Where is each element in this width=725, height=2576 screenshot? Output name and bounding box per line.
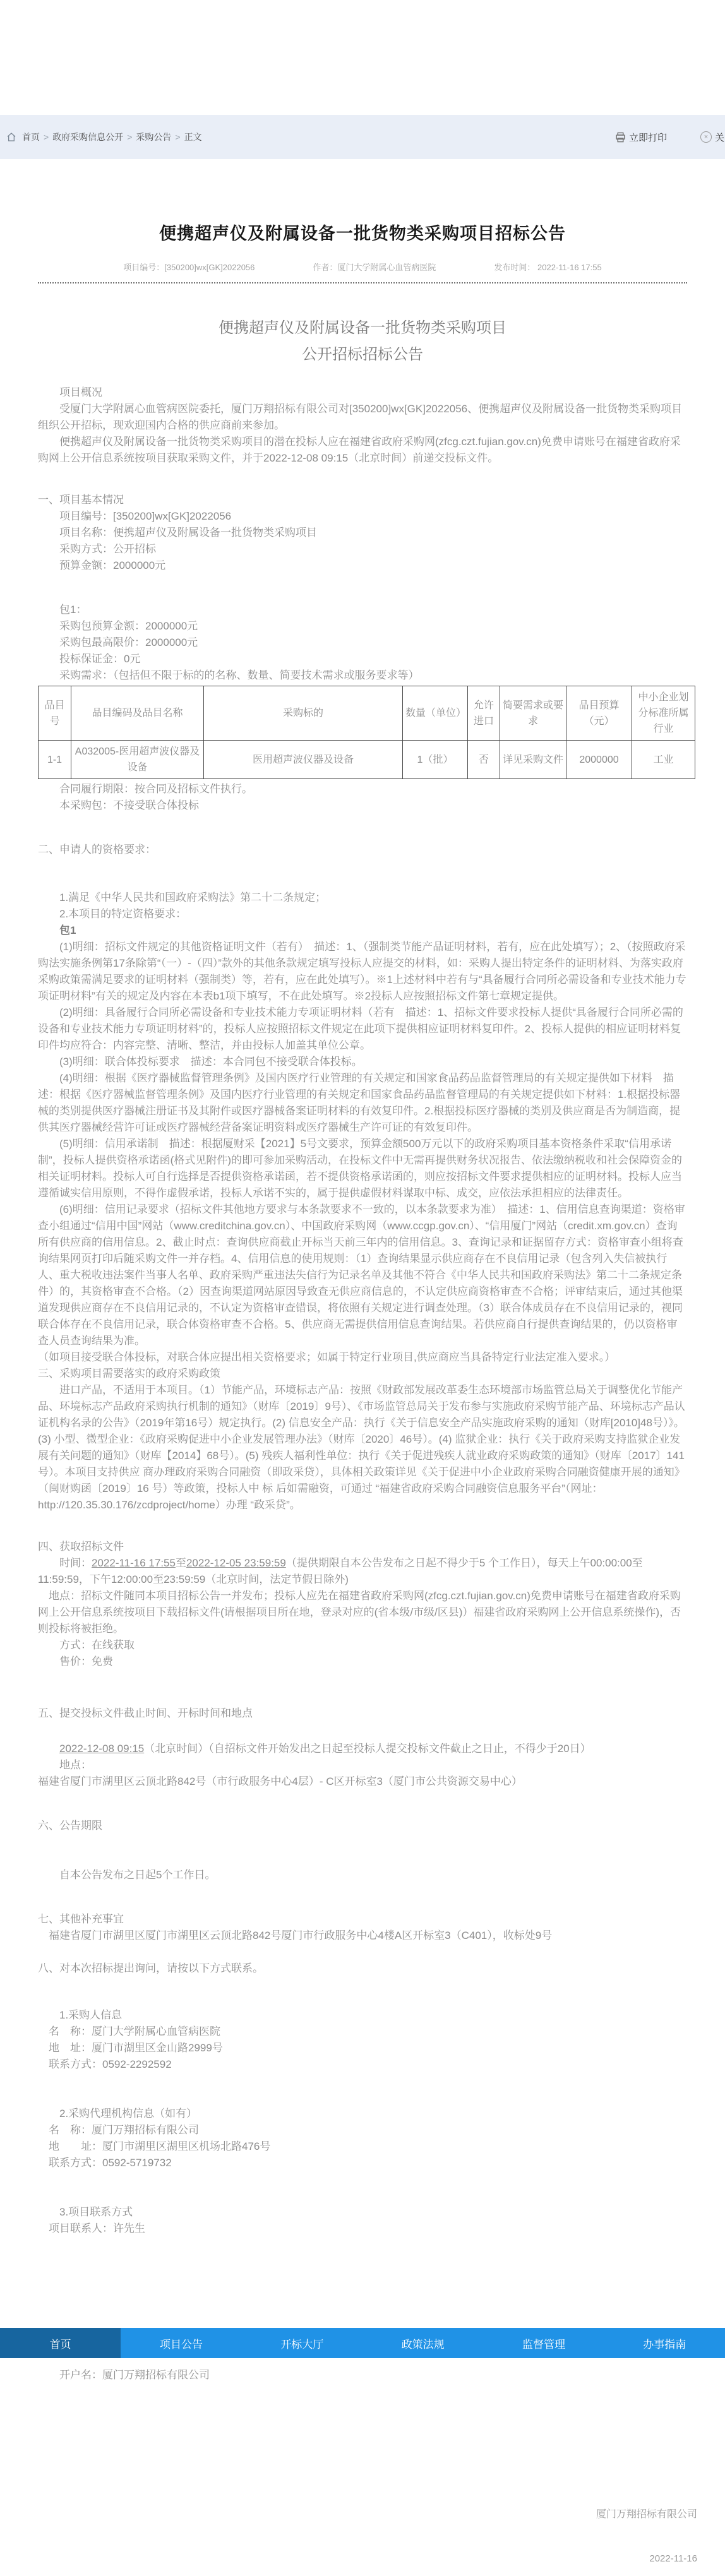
text-segment: 八、对本次招标提出询问，请按以下方式联系。	[38, 1962, 263, 1974]
doc-paragraph: 本采购包：不接受联合体投标	[38, 797, 687, 814]
doc-paragraph: 包1	[38, 922, 687, 939]
table-cell: 工业	[632, 741, 695, 779]
text-segment: 二、申请人的资格要求：	[38, 844, 156, 856]
doc-paragraph: 合同履行期限：按合同及招标文件执行。	[38, 781, 687, 797]
doc-paragraph: 投标保证金：0元	[38, 651, 687, 667]
spacer	[38, 368, 687, 385]
doc-paragraph: 项目联系人：许先生	[38, 2221, 687, 2237]
text-segment: 采购方式：公开招标	[59, 543, 156, 555]
table-header-cell: 允许进口	[468, 686, 500, 741]
spacer	[38, 1722, 687, 1741]
printer-icon	[615, 132, 626, 143]
doc-paragraph: 进口产品，不适用于本项目。（1）节能产品，环境标志产品：按照《财政部发展改革委生…	[38, 1382, 687, 1513]
text-segment: 进口产品，不适用于本项目。（1）节能产品，环境标志产品：按照《财政部发展改革委生…	[38, 1384, 685, 1511]
text-segment: (3)明细：联合体投标要求 描述：本合同包不接受联合体投标。	[59, 1056, 362, 1068]
text-segment: 联系方式：0592-2292592	[49, 2058, 172, 2070]
doc-paragraph: 公开招标招标公告	[38, 342, 687, 368]
footer-nav-item[interactable]: 政策法规	[362, 2328, 483, 2358]
spacer	[38, 1883, 687, 1911]
text-segment: 一、项目基本情况	[38, 494, 124, 506]
table-header-cell: 中小企业划分标准所属行业	[632, 686, 695, 741]
text-segment: 预算金额：2000000元	[59, 559, 165, 571]
breadcrumb-item[interactable]: 首页	[22, 131, 40, 143]
doc-paragraph: 地点：	[38, 1757, 687, 1774]
account-name-line: 开户名：厦门万翔招标有限公司	[38, 2367, 687, 2383]
underlined-date: 2022-12-05 23:59:59	[186, 1557, 286, 1569]
doc-heading: 四、获取招标文件	[38, 1539, 687, 1555]
doc-paragraph: 2.采购代理机构信息（如有）	[38, 2106, 687, 2122]
doc-paragraph: 3.项目联系方式	[38, 2204, 687, 2221]
text-segment: 名 称：厦门大学附属心血管病医院	[49, 2025, 220, 2037]
doc-paragraph: 项目编号：[350200]wx[GK]2022056	[38, 508, 687, 525]
text-segment: 地 址：厦门市湖里区金山路2999号	[49, 2042, 223, 2054]
doc-paragraph: 采购方式：公开招标	[38, 541, 687, 558]
spacer	[38, 574, 687, 602]
doc-paragraph: (3)明细：联合体投标要求 描述：本合同包不接受联合体投标。	[38, 1054, 687, 1070]
text-segment: 项目名称：便携超声仪及附属设备一批货物类采购项目	[59, 527, 317, 539]
doc-paragraph: （如项目接受联合体投标，对联合体应提出相关资格要求；如属于特定行业项目,供应商应…	[38, 1349, 687, 1366]
text-segment: 项目编号：[350200]wx[GK]2022056	[59, 510, 231, 522]
text-segment: 名 称：厦门万翔招标有限公司	[49, 2124, 199, 2136]
doc-paragraph: 福建省厦门市湖里区厦门市湖里区云顶北路842号厦门市行政服务中心4楼A区开标室3…	[38, 1928, 687, 1944]
table-cell: 详见采购文件	[500, 741, 566, 779]
text-segment: 项目概况	[59, 386, 102, 398]
doc-paragraph: 包1：	[38, 602, 687, 618]
text-segment: 便携超声仪及附属设备一批货物类采购项目	[219, 319, 506, 337]
footer-nav-item[interactable]: 监督管理	[483, 2328, 604, 2358]
doc-paragraph: 福建省厦门市湖里区云顶北路842号（市行政服务中心4层）- C区开标室3（厦门市…	[38, 1774, 687, 1790]
underlined-date: 2022-11-16 17:55	[92, 1557, 176, 1569]
text-segment: 1.采购人信息	[59, 2009, 122, 2021]
close-label: 关闭	[715, 131, 725, 144]
breadcrumb-separator: >	[127, 132, 132, 142]
table-cell: 医用超声波仪器及设备	[204, 741, 403, 779]
footer-nav-item[interactable]: 首页	[0, 2328, 121, 2358]
text-segment: 合同履行期限：按合同及招标文件执行。	[59, 783, 253, 795]
spacer	[38, 2073, 687, 2106]
spacer	[38, 1834, 687, 1867]
doc-paragraph: 1.采购人信息	[38, 2007, 687, 2024]
spacer	[38, 858, 687, 890]
doc-paragraph: 名 称：厦门万翔招标有限公司	[38, 2122, 687, 2138]
spacer	[38, 1790, 687, 1818]
text-segment: 七、其他补充事宜	[38, 1913, 124, 1925]
doc-paragraph: 1.满足《中华人民共和国政府采购法》第二十二条规定；	[38, 890, 687, 906]
text-segment: (6)明细：信用记录要求（招标文件其他地方要求与本条款要求不一致的，以本条款要求…	[38, 1203, 685, 1347]
meta-author: 作者：厦门大学附属心血管病医院	[313, 261, 436, 273]
print-label: 立即打印	[629, 131, 667, 144]
doc-paragraph: 项目名称：便携超声仪及附属设备一批货物类采购项目	[38, 525, 687, 541]
spacer	[38, 283, 687, 315]
text-segment: 采购包最高限价：2000000元	[59, 636, 198, 648]
doc-paragraph: 方式：在线获取	[38, 1637, 687, 1654]
doc-paragraph: 自本公告发布之日起5个工作日。	[38, 1867, 687, 1883]
text-segment: 地 址：厦门市湖里区湖里区机场北路476号	[49, 2140, 270, 2152]
doc-heading: 一、项目基本情况	[38, 492, 687, 508]
spacer	[38, 1513, 687, 1539]
text-segment: (2)明细：具备履行合同所必需设备和专业技术能力专项证明材料（若有 描述：1、招…	[38, 1006, 683, 1051]
signature-date: 2022-11-16	[0, 2553, 697, 2565]
text-segment: 五、提交投标文件截止时间、开标时间和地点	[38, 1707, 253, 1719]
doc-heading: 二、申请人的资格要求：	[38, 842, 687, 858]
spacer	[38, 1670, 687, 1705]
table-cell: 否	[468, 741, 500, 779]
doc-heading: 六、公告期限	[38, 1818, 687, 1834]
doc-paragraph: 地 址：厦门市湖里区湖里区机场北路476号	[38, 2138, 687, 2155]
text-segment: （如项目接受联合体投标，对联合体应提出相关资格要求；如属于特定行业项目,供应商应…	[38, 1351, 615, 1363]
text-segment: 地点：	[59, 1759, 92, 1771]
text-segment: 福建省厦门市湖里区云顶北路842号（市行政服务中心4层）- C区开标室3（厦门市…	[38, 1775, 522, 1787]
doc-paragraph: 便携超声仪及附属设备一批货物类采购项目	[38, 315, 687, 342]
close-icon: ×	[700, 131, 712, 143]
meta-publish-time: 发布时间： 2022-11-16 17:55	[494, 261, 601, 273]
text-segment: 受厦门大学附属心血管病医院委托，厦门万翔招标有限公司对[350200]wx[GK…	[38, 403, 682, 431]
text-segment: 投标保证金：0元	[59, 653, 140, 665]
table-cell: 1-1	[39, 741, 71, 779]
breadcrumb-separator: >	[44, 132, 49, 142]
breadcrumb-item: 正文	[184, 131, 202, 143]
text-segment: (5)明细：信用承诺制 描述：根据厦财采【2021】5号文要求，预算金额500万…	[38, 1138, 682, 1199]
breadcrumb-item[interactable]: 政府采购信息公开	[52, 131, 123, 143]
doc-paragraph: 联系方式：0592-5719732	[38, 2155, 687, 2171]
footer-nav-item[interactable]: 项目公告	[121, 2328, 241, 2358]
spacer	[38, 1944, 687, 1960]
doc-paragraph: 预算金额：2000000元	[38, 558, 687, 574]
doc-paragraph: 地点：招标文件随同本项目招标公告一并发布；投标人应先在福建省政府采购网(zfcg…	[38, 1588, 687, 1637]
doc-paragraph: (6)明细：信用记录要求（招标文件其他地方要求与本条款要求不一致的，以本条款要求…	[38, 1202, 687, 1349]
doc-paragraph: (5)明细：信用承诺制 描述：根据厦财采【2021】5号文要求，预算金额500万…	[38, 1136, 687, 1202]
article-meta: 项目编号：[350200]wx[GK]2022056 作者：厦门大学附属心血管病…	[0, 261, 725, 273]
text-segment: 3.项目联系方式	[59, 2206, 133, 2218]
doc-paragraph: 项目概况	[38, 385, 687, 401]
doc-paragraph: 售价：免费	[38, 1654, 687, 1670]
doc-paragraph: 地 址：厦门市湖里区金山路2999号	[38, 2040, 687, 2056]
doc-paragraph: 时间：2022-11-16 17:55至2022-12-05 23:59:59（…	[38, 1555, 687, 1588]
close-button[interactable]: × 关闭	[700, 131, 725, 144]
table-cell: A032005-医用超声波仪器及设备	[71, 741, 204, 779]
page-title: 便携超声仪及附属设备一批货物类采购项目招标公告	[0, 220, 725, 244]
table-header-cell: 简要需求或要求	[500, 686, 566, 741]
text-segment: 方式：在线获取	[59, 1639, 135, 1651]
spacer	[38, 814, 687, 842]
spacer	[38, 467, 687, 492]
doc-body: 便携超声仪及附属设备一批货物类采购项目公开招标招标公告项目概况受厦门大学附属心血…	[38, 283, 687, 2237]
doc-paragraph: 2.本项目的特定资格要求：	[38, 906, 687, 922]
doc-heading: 八、对本次招标提出询问，请按以下方式联系。	[38, 1960, 687, 1977]
meta-project-number: 项目编号：[350200]wx[GK]2022056	[123, 261, 255, 273]
breadcrumb-bar: 首页>政府采购信息公开>采购公告>正文 立即打印 × 关闭	[0, 115, 725, 159]
footer-nav-item[interactable]: 开标大厅	[242, 2328, 362, 2358]
footer-nav: 首页项目公告开标大厅政策法规监督管理办事指南	[0, 2328, 725, 2358]
breadcrumb-separator: >	[175, 132, 180, 142]
doc-paragraph: (4)明细：根据《医疗器械监督管理条例》及国内医疗行业管理的有关规定和国家食品药…	[38, 1070, 687, 1136]
text-segment: 2.采购代理机构信息（如有）	[59, 2108, 197, 2120]
text-segment: 包1	[59, 924, 76, 936]
text-segment: 采购需求：（包括但不限于标的的名称、数量、简要技术需求或服务要求等）	[59, 669, 419, 681]
table-header-cell: 品目号	[39, 686, 71, 741]
text-segment: (1)明细：招标文件规定的其他资格证明文件（若有） 描述：1、（强制类节能产品证…	[38, 941, 686, 1002]
footer-nav-item[interactable]: 办事指南	[604, 2328, 725, 2358]
doc-paragraph: 受厦门大学附属心血管病医院委托，厦门万翔招标有限公司对[350200]wx[GK…	[38, 401, 687, 434]
table-header-row: 品目号品目编码及品目名称采购标的数量（单位）允许进口简要需求或要求品目预算（元）…	[39, 686, 695, 741]
text-segment: 时间：	[59, 1557, 92, 1569]
text-segment: 至	[176, 1557, 186, 1569]
text-segment: 采购包预算金额：2000000元	[59, 620, 198, 632]
text-segment: （北京时间）（自招标文件开始发出之日起至投标人提交投标文件截止之日止，不得少于2…	[144, 1743, 590, 1755]
text-segment: 2.本项目的特定资格要求：	[59, 908, 186, 920]
underlined-date: 2022-12-08 09:15	[59, 1743, 144, 1755]
doc-heading: 五、提交投标文件截止时间、开标时间和地点	[38, 1705, 687, 1722]
text-segment: 1.满足《中华人民共和国政府采购法》第二十二条规定；	[59, 891, 326, 903]
doc-paragraph: 2022-12-08 09:15（北京时间）（自招标文件开始发出之日起至投标人提…	[38, 1741, 687, 1757]
spacer	[38, 2171, 687, 2204]
text-segment: 福建省厦门市湖里区厦门市湖里区云顶北路842号厦门市行政服务中心4楼A区开标室3…	[49, 1929, 552, 1941]
doc-paragraph: 采购包预算金额：2000000元	[38, 618, 687, 635]
table-row: 1-1A032005-医用超声波仪器及设备医用超声波仪器及设备1（批）否详见采购…	[39, 741, 695, 779]
doc-paragraph: (1)明细：招标文件规定的其他资格证明文件（若有） 描述：1、（强制类节能产品证…	[38, 939, 687, 1005]
text-segment: 三、采购项目需要落实的政府采购政策	[38, 1368, 220, 1380]
table-header-cell: 品目预算（元）	[566, 686, 632, 741]
text-segment: 本采购包：不接受联合体投标	[59, 799, 199, 811]
spacer	[38, 1977, 687, 2007]
print-button[interactable]: 立即打印	[615, 131, 667, 144]
text-segment: 包1：	[59, 604, 87, 616]
text-segment: 项目联系人：许先生	[49, 2222, 145, 2234]
doc-paragraph: 联系方式：0592-2292592	[38, 2056, 687, 2073]
signature-company: 厦门万翔招标有限公司	[0, 2508, 697, 2521]
home-icon	[6, 132, 16, 142]
doc-heading: 三、采购项目需要落实的政府采购政策	[38, 1366, 687, 1382]
doc-heading: 七、其他补充事宜	[38, 1911, 687, 1928]
doc-paragraph: 名 称：厦门大学附属心血管病医院	[38, 2024, 687, 2040]
table-header-cell: 数量（单位）	[403, 686, 468, 741]
breadcrumb: 首页>政府采购信息公开>采购公告>正文	[19, 131, 205, 143]
text-segment: 四、获取招标文件	[38, 1541, 124, 1553]
doc-paragraph: (2)明细：具备履行合同所必需设备和专业技术能力专项证明材料（若有 描述：1、招…	[38, 1005, 687, 1054]
text-segment: 公开招标招标公告	[302, 346, 423, 363]
page: 首页>政府采购信息公开>采购公告>正文 立即打印 × 关闭 便携超声仪及附属设备…	[0, 0, 725, 2576]
procurement-items-table: 品目号品目编码及品目名称采购标的数量（单位）允许进口简要需求或要求品目预算（元）…	[38, 686, 695, 779]
doc-paragraph: 采购需求：（包括但不限于标的的名称、数量、简要技术需求或服务要求等）	[38, 667, 687, 684]
breadcrumb-item[interactable]: 采购公告	[136, 131, 171, 143]
text-segment: 六、公告期限	[38, 1820, 102, 1832]
text-segment: 地点：招标文件随同本项目招标公告一并发布；投标人应先在福建省政府采购网(zfcg…	[38, 1590, 681, 1635]
table-cell: 2000000	[566, 741, 632, 779]
doc-paragraph: 便携超声仪及附属设备一批货物类采购项目的潜在投标人应在福建省政府采购网(zfcg…	[38, 434, 687, 467]
text-segment: 自本公告发布之日起5个工作日。	[59, 1869, 215, 1881]
doc-paragraph: 采购包最高限价：2000000元	[38, 635, 687, 651]
text-segment: (4)明细：根据《医疗器械监督管理条例》及国内医疗行业管理的有关规定和国家食品药…	[38, 1072, 680, 1133]
table-cell: 1（批）	[403, 741, 468, 779]
table-header-cell: 采购标的	[204, 686, 403, 741]
text-segment: 便携超声仪及附属设备一批货物类采购项目的潜在投标人应在福建省政府采购网(zfcg…	[38, 436, 681, 464]
text-segment: 售价：免费	[59, 1655, 113, 1667]
table-header-cell: 品目编码及品目名称	[71, 686, 204, 741]
text-segment: 联系方式：0592-5719732	[49, 2157, 172, 2169]
